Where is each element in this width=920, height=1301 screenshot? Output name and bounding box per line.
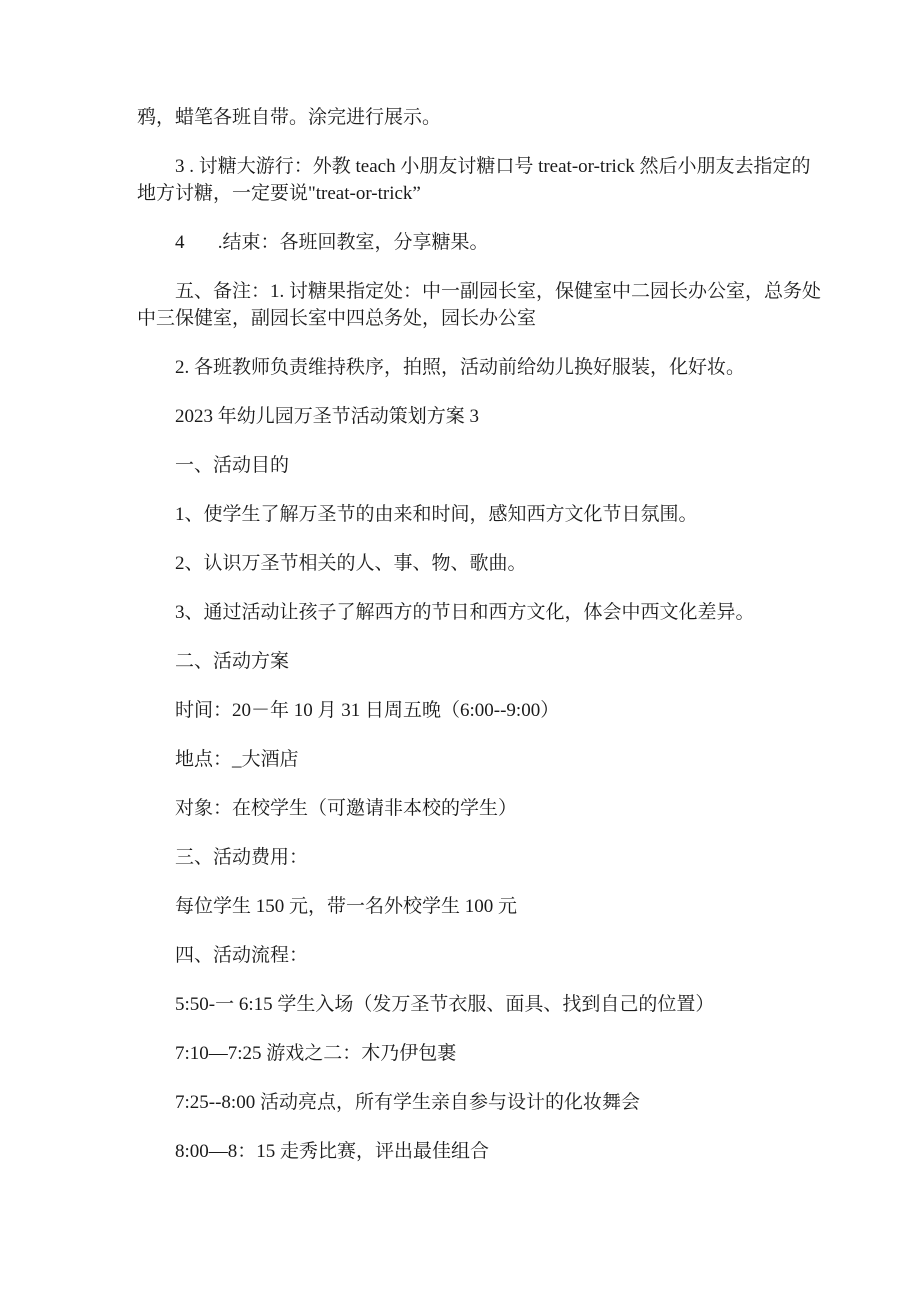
p-schedule-item4-fashion-show: 8:00—8：15 走秀比赛，评出最佳组合 (137, 1138, 825, 1165)
p-item3-candy-parade: 3 . 讨糖大游行：外教 teach 小朋友讨糖口号 treat-or-tric… (137, 153, 825, 207)
p-plan-location: 地点：_大酒店 (137, 746, 825, 773)
p-remarks-note2-teachers: 2. 各班教师负责维持秩序，拍照，活动前给幼儿换好服装，化好妆。 (137, 354, 825, 381)
p-purpose-item1: 1、使学生了解万圣节的由来和时间，感知西方文化节日氛围。 (137, 501, 825, 528)
p-section5-remarks-note1: 五、备注：1. 讨糖果指定处：中一副园长室，保健室中二园长办公室，总务处中三保健… (137, 278, 825, 332)
p-schedule-item1-entry: 5:50-一 6:15 学生入场（发万圣节衣服、面具、找到自己的位置） (137, 991, 825, 1018)
p-item4-ending: 4 .结束：各班回教室，分享糖果。 (137, 229, 825, 256)
p-continuation-crayon-display: 鸦，蜡笔各班自带。涂完进行展示。 (137, 104, 825, 131)
p-section2-plan-heading: 二、活动方案 (137, 648, 825, 675)
p-purpose-item2: 2、认识万圣节相关的人、事、物、歌曲。 (137, 550, 825, 577)
p-section1-purpose-heading: 一、活动目的 (137, 452, 825, 479)
p-purpose-item3: 3、通过活动让孩子了解西方的节日和西方文化，体会中西文化差异。 (137, 599, 825, 626)
p-schedule-item3-masquerade: 7:25--8:00 活动亮点，所有学生亲自参与设计的化妆舞会 (137, 1089, 825, 1116)
p-schedule-item2-mummy-game: 7:10—7:25 游戏之二：木乃伊包裹 (137, 1040, 825, 1067)
document-page: 鸦，蜡笔各班自带。涂完进行展示。 3 . 讨糖大游行：外教 teach 小朋友讨… (0, 0, 920, 1301)
p-plan3-title: 2023 年幼儿园万圣节活动策划方案 3 (137, 403, 825, 430)
p-fee-detail: 每位学生 150 元，带一名外校学生 100 元 (137, 893, 825, 920)
p-section3-fee-heading: 三、活动费用： (137, 844, 825, 871)
p-plan-time: 时间：20－年 10 月 31 日周五晚（6:00--9:00） (137, 697, 825, 724)
p-section4-schedule-heading: 四、活动流程： (137, 942, 825, 969)
p-plan-target: 对象：在校学生（可邀请非本校的学生） (137, 795, 825, 822)
